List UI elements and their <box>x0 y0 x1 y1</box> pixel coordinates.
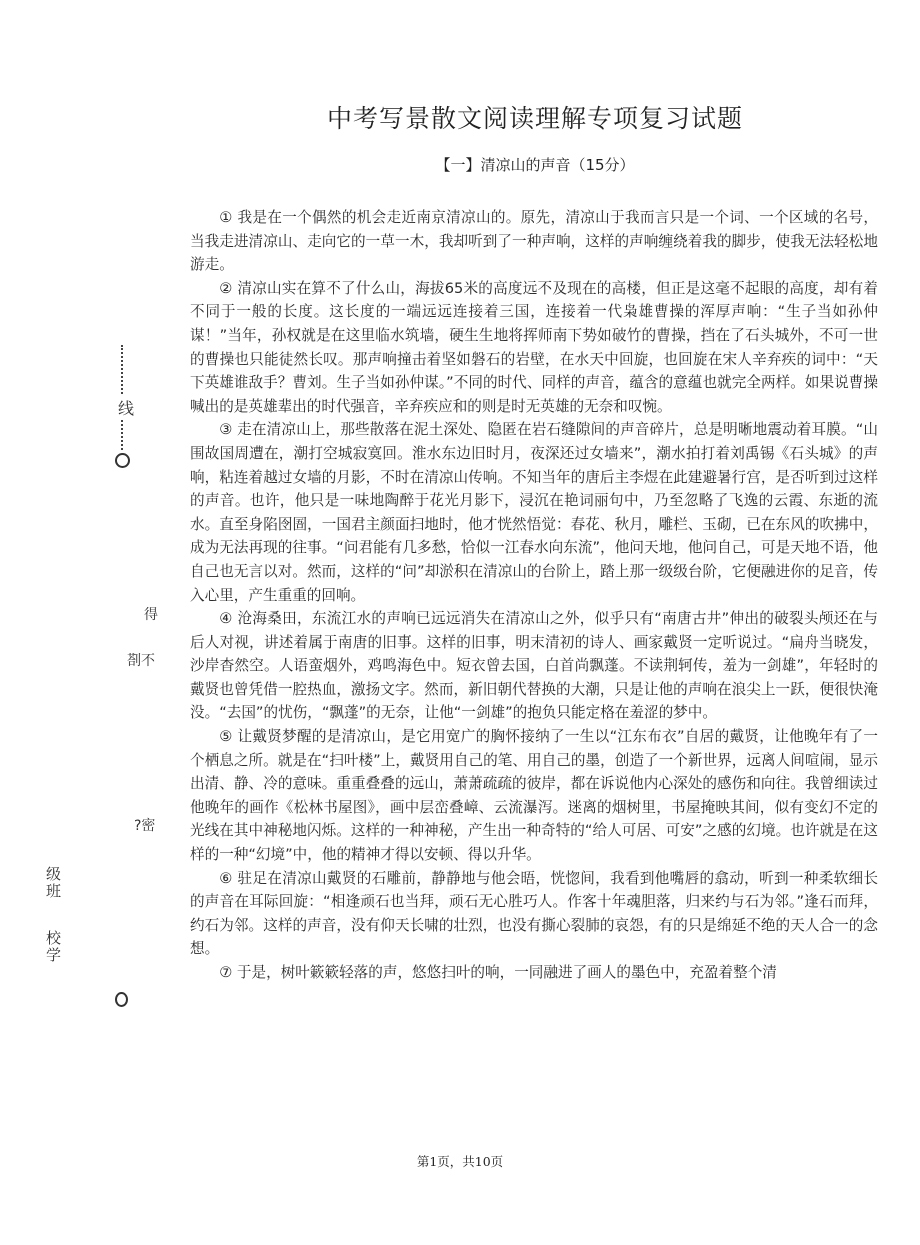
paragraph-3: ③ 走在清凉山上，那些散落在泥土深处、隐匿在岩石缝隙间的声音碎片，总是明晰地震动… <box>190 418 878 607</box>
binding-ring-icon <box>115 453 130 468</box>
margin-label-zhabu: 剳不 <box>127 650 155 670</box>
binding-line-label: 线 <box>118 396 134 419</box>
paragraph-1: ① 我是在一个偶然的机会走近南京清凉山的。原先，清凉山于我而言只是一个词、一个区… <box>190 206 878 277</box>
paragraph-5: ⑤ 让戴贤梦醒的是清凉山，是它用宽广的胸怀接纳了一生以“江东布衣”自居的戴贤，让… <box>190 725 878 867</box>
margin-label-mi: ?密 <box>134 815 155 835</box>
article-body: ① 我是在一个偶然的机会走近南京清凉山的。原先，清凉山于我而言只是一个词、一个区… <box>190 206 878 985</box>
page-title: 中考写景散文阅读理解专项复习试题 <box>0 99 920 135</box>
paragraph-6: ⑥ 驻足在清凉山戴贤的石雕前，静静地与他会晤，恍惚间，我看到他嘴唇的翕动，听到一… <box>190 867 878 961</box>
paragraph-7: ⑦ 于是，树叶簌簌轻落的声，悠悠扫叶的响，一同融进了画人的墨色中，充盈着整个清 <box>190 961 878 985</box>
margin-label-class: 级班 <box>43 866 64 900</box>
paragraph-2: ② 清凉山实在算不了什么山，海拔65米的高度远不及现在的高楼，但正是这毫不起眼的… <box>190 277 878 419</box>
page-footer: 第1页，共10页 <box>0 1152 920 1170</box>
margin-label-de: 得 <box>144 604 158 624</box>
section-heading: 【一】清凉山的声音（15分） <box>0 154 920 175</box>
paragraph-4: ④ 沧海桑田，东流江水的声响已远远消失在清凉山之外，似乎只有“南唐古井”伸出的破… <box>190 607 878 725</box>
binding-ring-icon-lower <box>115 992 128 1007</box>
margin-label-school: 校学 <box>43 930 64 964</box>
